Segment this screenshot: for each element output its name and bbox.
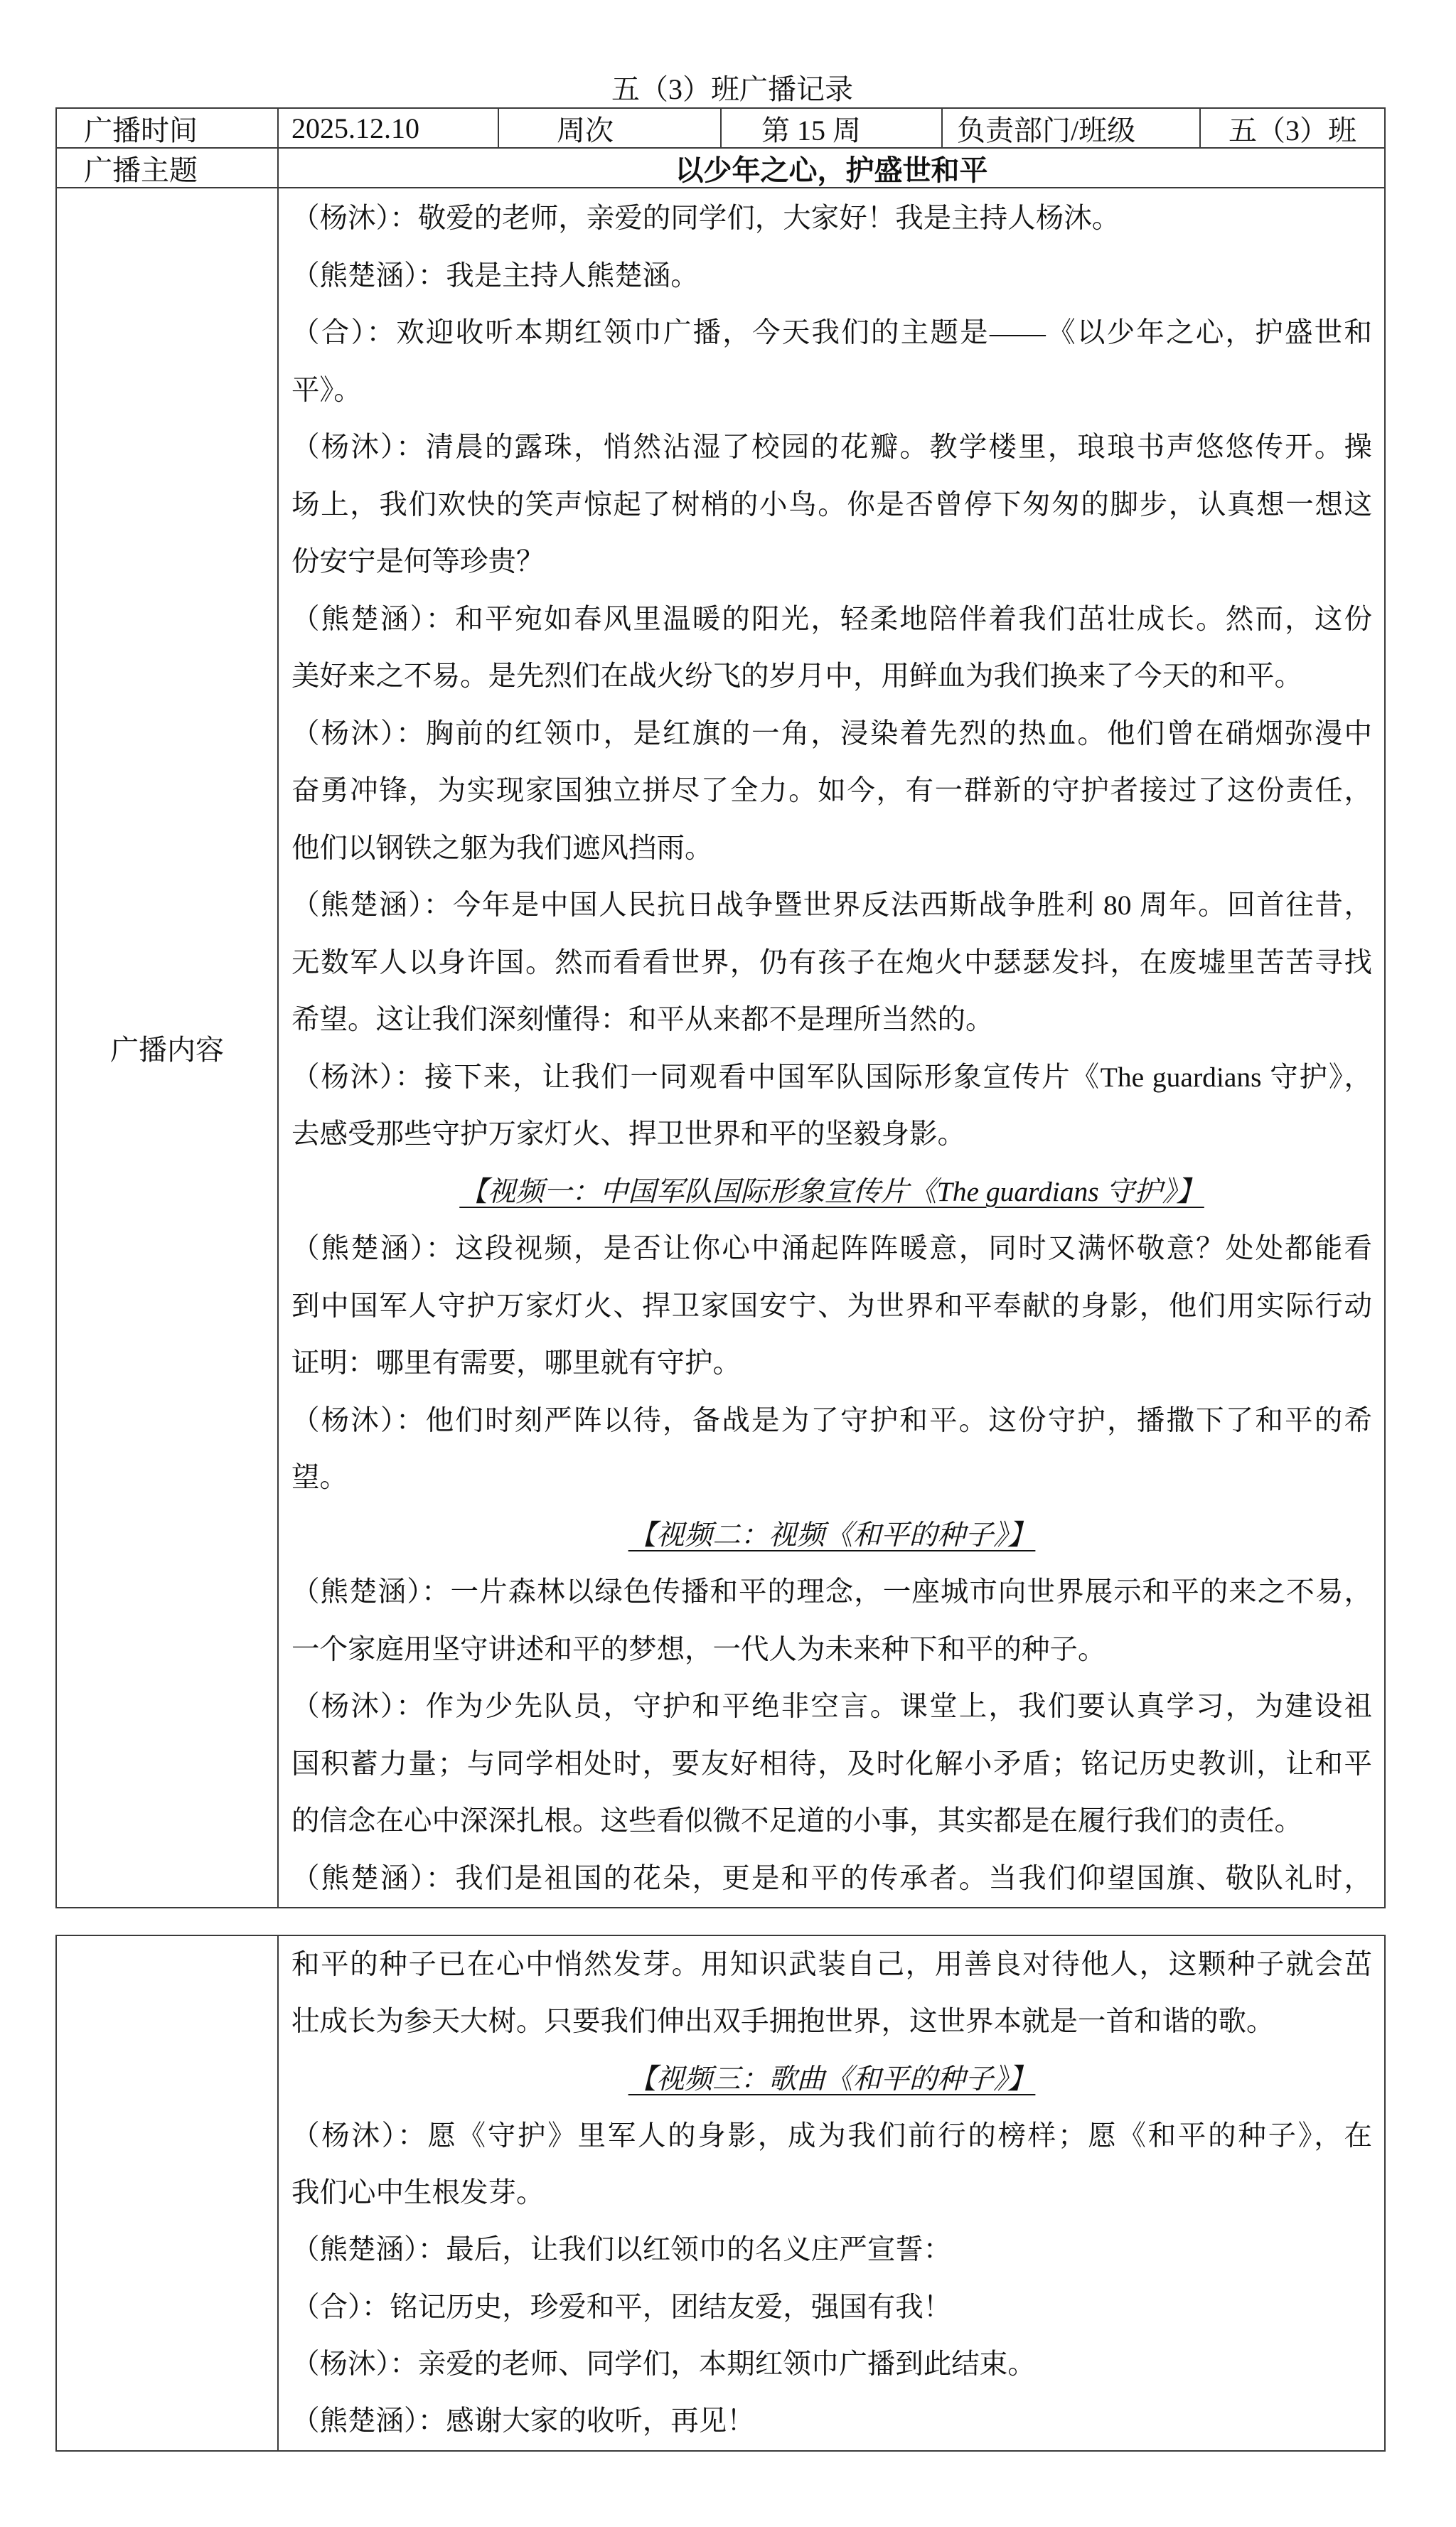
script-line: （熊楚涵）：我是主持人熊楚涵。 [291,247,1372,305]
video-heading-2: 【视频二：视频《和平的种子》】 [291,1507,1372,1564]
script-line: 他们以钢铁之躯为我们遮风挡雨。 [291,820,1372,877]
theme-row: 广播主题 以少年之心，护盛世和平 [57,149,1384,188]
dialogue-paragraph: （杨沐）：敬爱的老师，亲爱的同学们，大家好！我是主持人杨沐。 [291,190,1372,247]
dialogue-paragraph: （熊楚涵）：感谢大家的收听，再见！ [291,2393,1372,2449]
dialogue-paragraph: （杨沐）：他们时刻严阵以待，备战是为了守护和平。这份守护，播撒下了和平的希 望。 [291,1392,1372,1507]
dialogue-paragraph: （杨沐）：接下来，让我们一同观看中国军队国际形象宣传片《The guardian… [291,1049,1372,1163]
dialogue-paragraph: （熊楚涵）：和平宛如春风里温暖的阳光，轻柔地陪伴着我们茁壮成长。然而，这份 美好… [291,591,1372,705]
theme-label: 广播主题 [57,149,279,187]
script-line: 美好来之不易。是先烈们在战火纷飞的岁月中，用鲜血为我们换来了今天的和平。 [291,648,1372,705]
script-line: （熊楚涵）：和平宛如春风里温暖的阳光，轻柔地陪伴着我们茁壮成长。然而，这份 [291,591,1372,648]
script-line: （熊楚涵）：一片森林以绿色传播和平的理念，一座城市向世界展示和平的来之不易， [291,1564,1372,1621]
script-line: 份安宁是何等珍贵？ [291,533,1372,591]
video-heading-text: 【视频二：视频《和平的种子》】 [628,1519,1036,1551]
script-line: 壮成长为参天大树。只要我们伸出双手拥抱世界，这世界本就是一首和谐的歌。 [291,1993,1372,2050]
content-row: 和平的种子已在心中悄然发芽。用知识武装自己，用善良对待他人，这颗种子就会茁 壮成… [57,1936,1384,2450]
document-title: 五（3）班广播记录 [611,71,853,108]
script-line: 到中国军人守护万家灯火、捍卫家国安宁、为世界和平奉献的身影，他们用实际行动 [291,1278,1372,1335]
dialogue-paragraph: （杨沐）：胸前的红领巾，是红旗的一角，浸染着先烈的热血。他们曾在硝烟弥漫中 奋勇… [291,705,1372,877]
script-line: （合）：欢迎收听本期红领巾广播，今天我们的主题是——《以少年之心，护盛世和 [291,304,1372,362]
script-line: 国积蓄力量；与同学相处时，要友好相待，及时化解小矛盾；铭记历史教训，让和平 [291,1736,1372,1793]
dialogue-paragraph: （杨沐）：亲爱的老师、同学们，本期红领巾广播到此结束。 [291,2336,1372,2393]
broadcast-record-table: 广播时间 2025.12.10 周次 第 15 周 负责部门/班级 五（3）班 … [55,107,1386,1908]
script-line: 的信念在心中深深扎根。这些看似微不足道的小事，其实都是在履行我们的责任。 [291,1793,1372,1850]
script-line: 场上，我们欢快的笑声惊起了树梢的小鸟。你是否曾停下匆匆的脚步，认真想一想这 [291,476,1372,534]
theme-value: 以少年之心，护盛世和平 [279,149,1384,187]
script-line: （熊楚涵）：这段视频，是否让你心中涌起阵阵暖意，同时又满怀敬意？处处都能看 [291,1220,1372,1278]
script-line: 我们心中生根发芽。 [291,2164,1372,2221]
video-heading-1: 【视频一：中国军队国际形象宣传片《The guardians 守护》】 [291,1163,1372,1221]
script-line: 一个家庭用坚守讲述和平的梦想，一代人为未来种下和平的种子。 [291,1621,1372,1679]
dialogue-paragraph: （熊楚涵）：我们是祖国的花朵，更是和平的传承者。当我们仰望国旗、敬队礼时， [291,1850,1372,1908]
script-line: （合）：铭记历史，珍爱和平，团结友爱，强国有我！ [291,2279,1372,2336]
video-heading-text: 【视频一：中国军队国际形象宣传片《The guardians 守护》】 [459,1176,1204,1207]
dialogue-paragraph: （杨沐）：作为少先队员，守护和平绝非空言。课堂上，我们要认真学习，为建设祖 国积… [291,1678,1372,1850]
dialogue-paragraph: （杨沐）：清晨的露珠，悄然沾湿了校园的花瓣。教学楼里，琅琅书声悠悠传开。操 场上… [291,419,1372,591]
script-line: （杨沐）：胸前的红领巾，是红旗的一角，浸染着先烈的热血。他们曾在硝烟弥漫中 [291,705,1372,763]
dialogue-paragraph: （熊楚涵）：最后，让我们以红领巾的名义庄严宣誓： [291,2221,1372,2278]
dialogue-paragraph: （熊楚涵）：我是主持人熊楚涵。 [291,247,1372,305]
dialogue-paragraph: （杨沐）：愿《守护》里军人的身影，成为我们前行的榜样；愿《和平的种子》，在 我们… [291,2107,1372,2222]
script-line: （熊楚涵）：最后，让我们以红领巾的名义庄严宣誓： [291,2221,1372,2278]
script-line: （熊楚涵）：今年是中国人民抗日战争暨世界反法西斯战争胜利 80 周年。回首往昔， [291,877,1372,934]
script-line: 平》。 [291,362,1372,420]
video-heading-text: 【视频三：歌曲《和平的种子》】 [628,2063,1036,2095]
dialogue-paragraph: （熊楚涵）：这段视频，是否让你心中涌起阵阵暖意，同时又满怀敬意？处处都能看 到中… [291,1220,1372,1392]
script-line: 去感受那些守护万家灯火、捍卫世界和平的坚毅身影。 [291,1106,1372,1163]
info-row: 广播时间 2025.12.10 周次 第 15 周 负责部门/班级 五（3）班 [57,109,1384,149]
script-line: 奋勇冲锋，为实现家国独立拼尽了全力。如今，有一群新的守护者接过了这份责任， [291,762,1372,820]
script-line: 和平的种子已在心中悄然发芽。用知识武装自己，用善良对待他人，这颗种子就会茁 [291,1936,1372,1993]
script-line: （杨沐）：作为少先队员，守护和平绝非空言。课堂上，我们要认真学习，为建设祖 [291,1678,1372,1736]
script-line: （熊楚涵）：我们是祖国的花朵，更是和平的传承者。当我们仰望国旗、敬队礼时， [291,1850,1372,1908]
script-line: （杨沐）：愿《守护》里军人的身影，成为我们前行的榜样；愿《和平的种子》，在 [291,2107,1372,2164]
week-label: 周次 [499,109,722,147]
script-line: （熊楚涵）：感谢大家的收听，再见！ [291,2393,1372,2449]
broadcast-script: （杨沐）：敬爱的老师，亲爱的同学们，大家好！我是主持人杨沐。 （熊楚涵）：我是主… [279,188,1384,1907]
script-line: （杨沐）：敬爱的老师，亲爱的同学们，大家好！我是主持人杨沐。 [291,190,1372,247]
dialogue-paragraph: （熊楚涵）：今年是中国人民抗日战争暨世界反法西斯战争胜利 80 周年。回首往昔，… [291,877,1372,1049]
broadcast-script-continued: 和平的种子已在心中悄然发芽。用知识武装自己，用善良对待他人，这颗种子就会茁 壮成… [279,1936,1384,2450]
script-line: 无数军人以身许国。然而看看世界，仍有孩子在炮火中瑟瑟发抖，在废墟里苦苦寻找 [291,934,1372,992]
department-value: 五（3）班 [1201,109,1384,147]
dialogue-paragraph: （合）：欢迎收听本期红领巾广播，今天我们的主题是——《以少年之心，护盛世和 平》… [291,304,1372,419]
broadcast-record-table-continued: 和平的种子已在心中悄然发芽。用知识武装自己，用善良对待他人，这颗种子就会茁 壮成… [55,1935,1386,2452]
content-label-empty [57,1936,279,2450]
dialogue-paragraph: （熊楚涵）：一片森林以绿色传播和平的理念，一座城市向世界展示和平的来之不易， 一… [291,1564,1372,1678]
broadcast-time-value: 2025.12.10 [279,109,499,147]
broadcast-time-label: 广播时间 [57,109,279,147]
dialogue-paragraph: 和平的种子已在心中悄然发芽。用知识武装自己，用善良对待他人，这颗种子就会茁 壮成… [291,1936,1372,2051]
script-line: 希望。这让我们深刻懂得：和平从来都不是理所当然的。 [291,991,1372,1049]
video-heading-3: 【视频三：歌曲《和平的种子》】 [291,2051,1372,2107]
script-line: （杨沐）：亲爱的老师、同学们，本期红领巾广播到此结束。 [291,2336,1372,2393]
content-row: 广播内容 （杨沐）：敬爱的老师，亲爱的同学们，大家好！我是主持人杨沐。 （熊楚涵… [57,188,1384,1907]
script-line: 望。 [291,1449,1372,1507]
dialogue-paragraph: （合）：铭记历史，珍爱和平，团结友爱，强国有我！ [291,2279,1372,2336]
content-label: 广播内容 [57,188,279,1907]
script-line: （杨沐）：接下来，让我们一同观看中国军队国际形象宣传片《The guardian… [291,1049,1372,1106]
script-line: （杨沐）：清晨的露珠，悄然沾湿了校园的花瓣。教学楼里，琅琅书声悠悠传开。操 [291,419,1372,476]
week-value: 第 15 周 [722,109,943,147]
department-label: 负责部门/班级 [943,109,1201,147]
script-line: （杨沐）：他们时刻严阵以待，备战是为了守护和平。这份守护，播撒下了和平的希 [291,1392,1372,1450]
script-line: 证明：哪里有需要，哪里就有守护。 [291,1335,1372,1392]
